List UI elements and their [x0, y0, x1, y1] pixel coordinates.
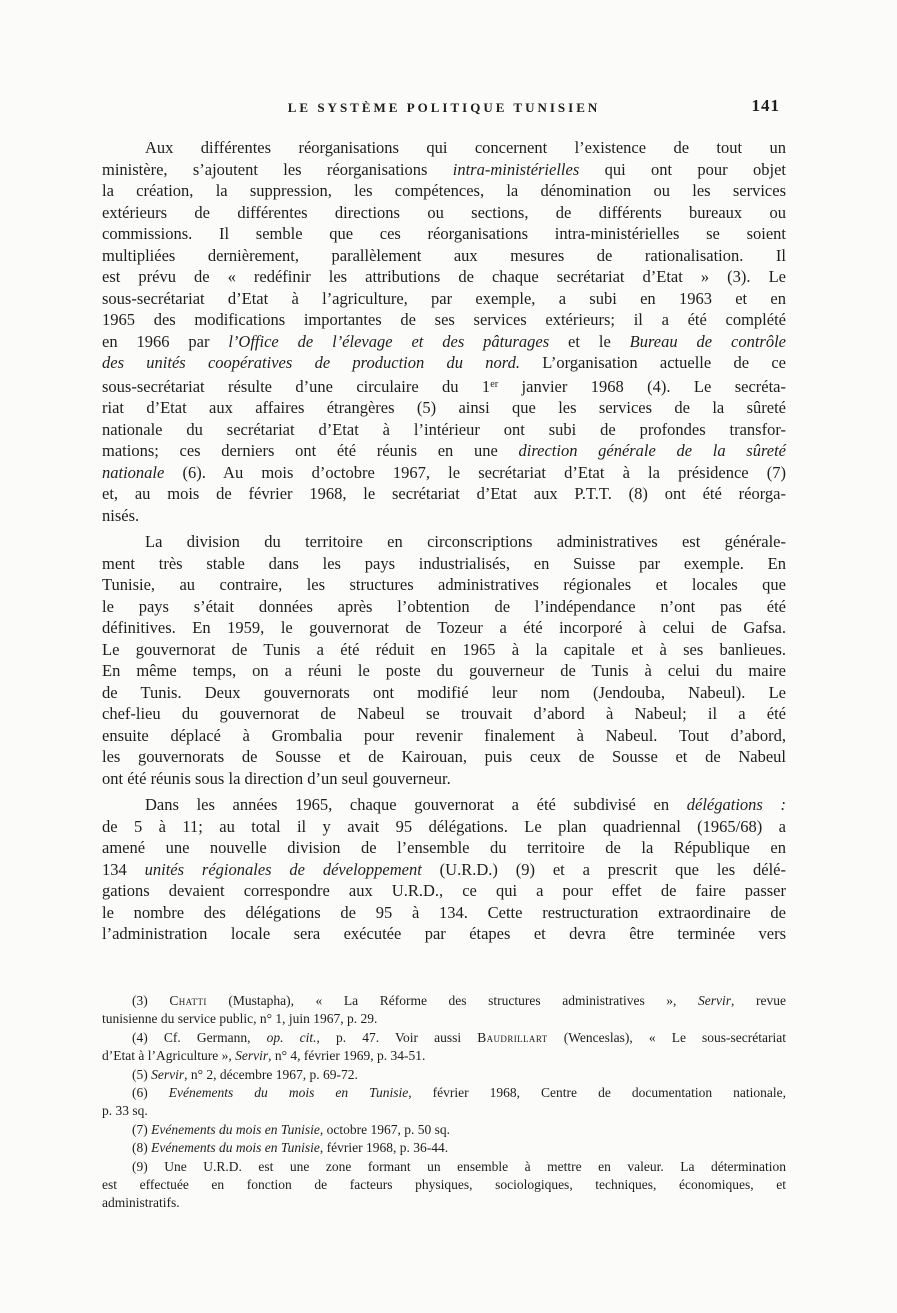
- italic-text: Servir: [151, 1067, 184, 1082]
- text-line: d’Etat à l’Agriculture », Servir, n° 4, …: [102, 1047, 786, 1065]
- italic-text: nationale: [102, 463, 164, 482]
- text-line: (8) Evénements du mois en Tunisie, févri…: [102, 1139, 786, 1157]
- text-segment: commissions. Il semble que ces réorganis…: [102, 224, 786, 243]
- text-segment: administratifs.: [102, 1195, 180, 1210]
- text-segment: mations; ces derniers ont été réunis en …: [102, 441, 518, 460]
- text-segment: ment très stable dans les pays industria…: [102, 554, 786, 573]
- text-segment: , février 1968, p. 36-44.: [320, 1140, 448, 1155]
- text-line: mations; ces derniers ont été réunis en …: [102, 440, 786, 462]
- text-segment: Le gouvernorat de Tunis a été réduit en …: [102, 640, 786, 659]
- text-segment: l’administration locale sera exécutée pa…: [102, 924, 786, 943]
- text-segment: Dans les années 1965, chaque gouvernorat…: [145, 795, 687, 814]
- text-segment: nisés.: [102, 506, 139, 525]
- text-segment: est prévu de « redéfinir les attribution…: [102, 267, 786, 286]
- text-line: des unités coopératives de production du…: [102, 352, 786, 374]
- page-header: LE SYSTÈME POLITIQUE TUNISIEN 141: [102, 100, 786, 120]
- text-segment: , février 1968, Centre de documentation …: [408, 1085, 786, 1100]
- italic-text: Servir: [235, 1048, 268, 1063]
- text-segment: chef-lieu du gouvernorat de Nabeul se tr…: [102, 704, 786, 723]
- text-segment: La division du territoire en circonscrip…: [145, 532, 786, 551]
- text-segment: En même temps, on a réuni le poste du go…: [102, 661, 786, 680]
- text-line: gations devaient correspondre aux U.R.D.…: [102, 880, 786, 902]
- italic-text: l’Office de l’élevage et des pâturages: [228, 332, 549, 351]
- text-line: En même temps, on a réuni le poste du go…: [102, 660, 786, 682]
- text-segment: (6): [132, 1085, 169, 1100]
- text-line: sous-secrétariat résulte d’une circulair…: [102, 374, 786, 398]
- text-line: le nombre des délégations de 95 à 134. C…: [102, 902, 786, 924]
- text-line: (7) Evénements du mois en Tunisie, octob…: [102, 1121, 786, 1139]
- text-segment: janvier 1968 (4). Le secréta-: [498, 377, 786, 396]
- text-line: l’administration locale sera exécutée pa…: [102, 923, 786, 945]
- text-segment: qui ont pour objet: [579, 160, 786, 179]
- text-segment: , p. 47. Voir aussi: [316, 1030, 477, 1045]
- text-line: La division du territoire en circonscrip…: [102, 531, 786, 553]
- text-line: (5) Servir, n° 2, décembre 1967, p. 69-7…: [102, 1066, 786, 1084]
- text-line: définitives. En 1959, le gouvernorat de …: [102, 617, 786, 639]
- text-segment: Tunisie, au contraire, les structures ad…: [102, 575, 786, 594]
- text-line: p. 33 sq.: [102, 1102, 786, 1120]
- text-segment: (U.R.D.) (9) et a prescrit que les délé-: [422, 860, 786, 879]
- footnotes-section: (3) Chatti (Mustapha), « La Réforme des …: [102, 992, 786, 1213]
- text-segment: , n° 2, décembre 1967, p. 69-72.: [184, 1067, 358, 1082]
- italic-text: unités régionales de développement: [145, 860, 422, 879]
- text-line: nationale (6). Au mois d’octobre 1967, l…: [102, 462, 786, 484]
- body-text: Aux différentes réorganisations qui conc…: [102, 137, 786, 945]
- text-line: Dans les années 1965, chaque gouvernorat…: [102, 794, 786, 816]
- footnote: (5) Servir, n° 2, décembre 1967, p. 69-7…: [102, 1066, 786, 1084]
- text-line: 134 unités régionales de développement (…: [102, 859, 786, 881]
- text-segment: , octobre 1967, p. 50 sq.: [320, 1122, 450, 1137]
- text-line: (3) Chatti (Mustapha), « La Réforme des …: [102, 992, 786, 1010]
- text-segment: (5): [132, 1067, 151, 1082]
- text-segment: est effectuée en fonction de facteurs ph…: [102, 1177, 786, 1192]
- text-segment: de Tunis. Deux gouvernorats ont modifié …: [102, 683, 786, 702]
- text-line: multipliées dernièrement, parallèlement …: [102, 245, 786, 267]
- text-segment: ensuite déplacé à Grombalia pour revenir…: [102, 726, 786, 745]
- italic-text: direction générale de la sûreté: [518, 441, 786, 460]
- text-segment: (6). Au mois d’octobre 1967, le secrétar…: [164, 463, 786, 482]
- italic-text: op. cit.: [267, 1030, 317, 1045]
- text-segment: et le: [549, 332, 630, 351]
- text-segment: le nombre des délégations de 95 à 134. C…: [102, 903, 786, 922]
- text-segment: (4) Cf. Germann,: [132, 1030, 267, 1045]
- italic-text: intra-ministérielles: [453, 160, 580, 179]
- paragraph: Aux différentes réorganisations qui conc…: [102, 137, 786, 526]
- text-line: riat d’Etat aux affaires étrangères (5) …: [102, 397, 786, 419]
- text-segment: et, au mois de février 1968, le secrétar…: [102, 484, 786, 503]
- text-segment: L’organisation actuelle de ce: [520, 353, 786, 372]
- text-segment: la création, la suppression, les compéte…: [102, 181, 786, 200]
- text-segment: (8): [132, 1140, 151, 1155]
- running-title: LE SYSTÈME POLITIQUE TUNISIEN: [102, 100, 786, 116]
- text-line: 1965 des modifications importantes de se…: [102, 309, 786, 331]
- text-line: le pays s’était données après l’obtentio…: [102, 596, 786, 618]
- text-segment: sous-secrétariat d’Etat à l’agriculture,…: [102, 289, 786, 308]
- text-line: la création, la suppression, les compéte…: [102, 180, 786, 202]
- text-segment: riat d’Etat aux affaires étrangères (5) …: [102, 398, 786, 417]
- text-segment: 1965 des modifications importantes de se…: [102, 310, 786, 329]
- text-line: de Tunis. Deux gouvernorats ont modifié …: [102, 682, 786, 704]
- text-segment: 134: [102, 860, 145, 879]
- text-segment: , revue: [731, 993, 786, 1008]
- text-line: commissions. Il semble que ces réorganis…: [102, 223, 786, 245]
- text-segment: sous-secrétariat résulte d’une circulair…: [102, 377, 490, 396]
- italic-text: Evénements du mois en Tunisie: [151, 1122, 320, 1137]
- text-segment: p. 33 sq.: [102, 1103, 148, 1118]
- text-line: (9) Une U.R.D. est une zone formant un e…: [102, 1158, 786, 1176]
- text-segment: tunisienne du service public, n° 1, juin…: [102, 1011, 377, 1026]
- text-line: Le gouvernorat de Tunis a été réduit en …: [102, 639, 786, 661]
- text-line: Tunisie, au contraire, les structures ad…: [102, 574, 786, 596]
- text-line: en 1966 par l’Office de l’élevage et des…: [102, 331, 786, 353]
- text-segment: (Mustapha), « La Réforme des structures …: [207, 993, 698, 1008]
- text-segment: (9) Une U.R.D. est une zone formant un e…: [132, 1159, 786, 1174]
- text-line: et, au mois de février 1968, le secrétar…: [102, 483, 786, 505]
- text-segment: d’Etat à l’Agriculture »,: [102, 1048, 235, 1063]
- text-line: les gouvernorats de Sousse et de Kairoua…: [102, 746, 786, 768]
- text-line: de 5 à 11; au total il y avait 95 déléga…: [102, 816, 786, 838]
- superscript-text: er: [490, 379, 498, 390]
- text-line: amené une nouvelle division de l’ensembl…: [102, 837, 786, 859]
- text-line: est prévu de « redéfinir les attribution…: [102, 266, 786, 288]
- text-segment: les gouvernorats de Sousse et de Kairoua…: [102, 747, 786, 766]
- text-segment: (3): [132, 993, 169, 1008]
- text-line: chef-lieu du gouvernorat de Nabeul se tr…: [102, 703, 786, 725]
- text-segment: nationale du secrétariat d’Etat à l’inté…: [102, 420, 786, 439]
- footnote: (4) Cf. Germann, op. cit., p. 47. Voir a…: [102, 1029, 786, 1066]
- text-segment: ont été réunis sous la direction d’un se…: [102, 769, 451, 788]
- text-segment: amené une nouvelle division de l’ensembl…: [102, 838, 786, 857]
- text-line: ment très stable dans les pays industria…: [102, 553, 786, 575]
- text-segment: extérieurs de différentes directions ou …: [102, 203, 786, 222]
- text-line: ensuite déplacé à Grombalia pour revenir…: [102, 725, 786, 747]
- italic-text: Evénements du mois en Tunisie: [151, 1140, 320, 1155]
- smallcaps-name: Baudrillart: [477, 1030, 547, 1045]
- text-segment: (7): [132, 1122, 151, 1137]
- smallcaps-name: Chatti: [169, 993, 206, 1008]
- text-line: est effectuée en fonction de facteurs ph…: [102, 1176, 786, 1194]
- text-segment: définitives. En 1959, le gouvernorat de …: [102, 618, 786, 637]
- paragraph: Dans les années 1965, chaque gouvernorat…: [102, 794, 786, 945]
- text-line: nisés.: [102, 505, 786, 527]
- footnote: (7) Evénements du mois en Tunisie, octob…: [102, 1121, 786, 1139]
- italic-text: Bureau de contrôle: [630, 332, 786, 351]
- text-line: administratifs.: [102, 1194, 786, 1212]
- text-segment: le pays s’était données après l’obtentio…: [102, 597, 786, 616]
- text-segment: , n° 4, février 1969, p. 34-51.: [268, 1048, 425, 1063]
- text-line: nationale du secrétariat d’Etat à l’inté…: [102, 419, 786, 441]
- italic-text: des unités coopératives de production du…: [102, 353, 520, 372]
- text-segment: multipliées dernièrement, parallèlement …: [102, 246, 786, 265]
- text-line: ont été réunis sous la direction d’un se…: [102, 768, 786, 790]
- text-segment: ministère, s’ajoutent les réorganisation…: [102, 160, 453, 179]
- text-segment: de 5 à 11; au total il y avait 95 déléga…: [102, 817, 786, 836]
- scanned-page: LE SYSTÈME POLITIQUE TUNISIEN 141 Aux di…: [0, 0, 897, 1313]
- text-line: ministère, s’ajoutent les réorganisation…: [102, 159, 786, 181]
- text-line: tunisienne du service public, n° 1, juin…: [102, 1010, 786, 1028]
- footnote: (6) Evénements du mois en Tunisie, févri…: [102, 1084, 786, 1121]
- text-line: (4) Cf. Germann, op. cit., p. 47. Voir a…: [102, 1029, 786, 1047]
- text-segment: en 1966 par: [102, 332, 228, 351]
- italic-text: Servir: [698, 993, 731, 1008]
- text-line: (6) Evénements du mois en Tunisie, févri…: [102, 1084, 786, 1102]
- text-segment: (Wenceslas), « Le sous-secrétariat: [548, 1030, 786, 1045]
- footnote: (3) Chatti (Mustapha), « La Réforme des …: [102, 992, 786, 1029]
- italic-text: délégations :: [687, 795, 786, 814]
- footnote: (8) Evénements du mois en Tunisie, févri…: [102, 1139, 786, 1157]
- text-segment: Aux différentes réorganisations qui conc…: [145, 138, 786, 157]
- text-segment: gations devaient correspondre aux U.R.D.…: [102, 881, 786, 900]
- footnote: (9) Une U.R.D. est une zone formant un e…: [102, 1158, 786, 1213]
- text-line: Aux différentes réorganisations qui conc…: [102, 137, 786, 159]
- text-line: extérieurs de différentes directions ou …: [102, 202, 786, 224]
- text-line: sous-secrétariat d’Etat à l’agriculture,…: [102, 288, 786, 310]
- paragraph: La division du territoire en circonscrip…: [102, 531, 786, 789]
- page-number: 141: [752, 96, 781, 116]
- italic-text: Evénements du mois en Tunisie: [169, 1085, 408, 1100]
